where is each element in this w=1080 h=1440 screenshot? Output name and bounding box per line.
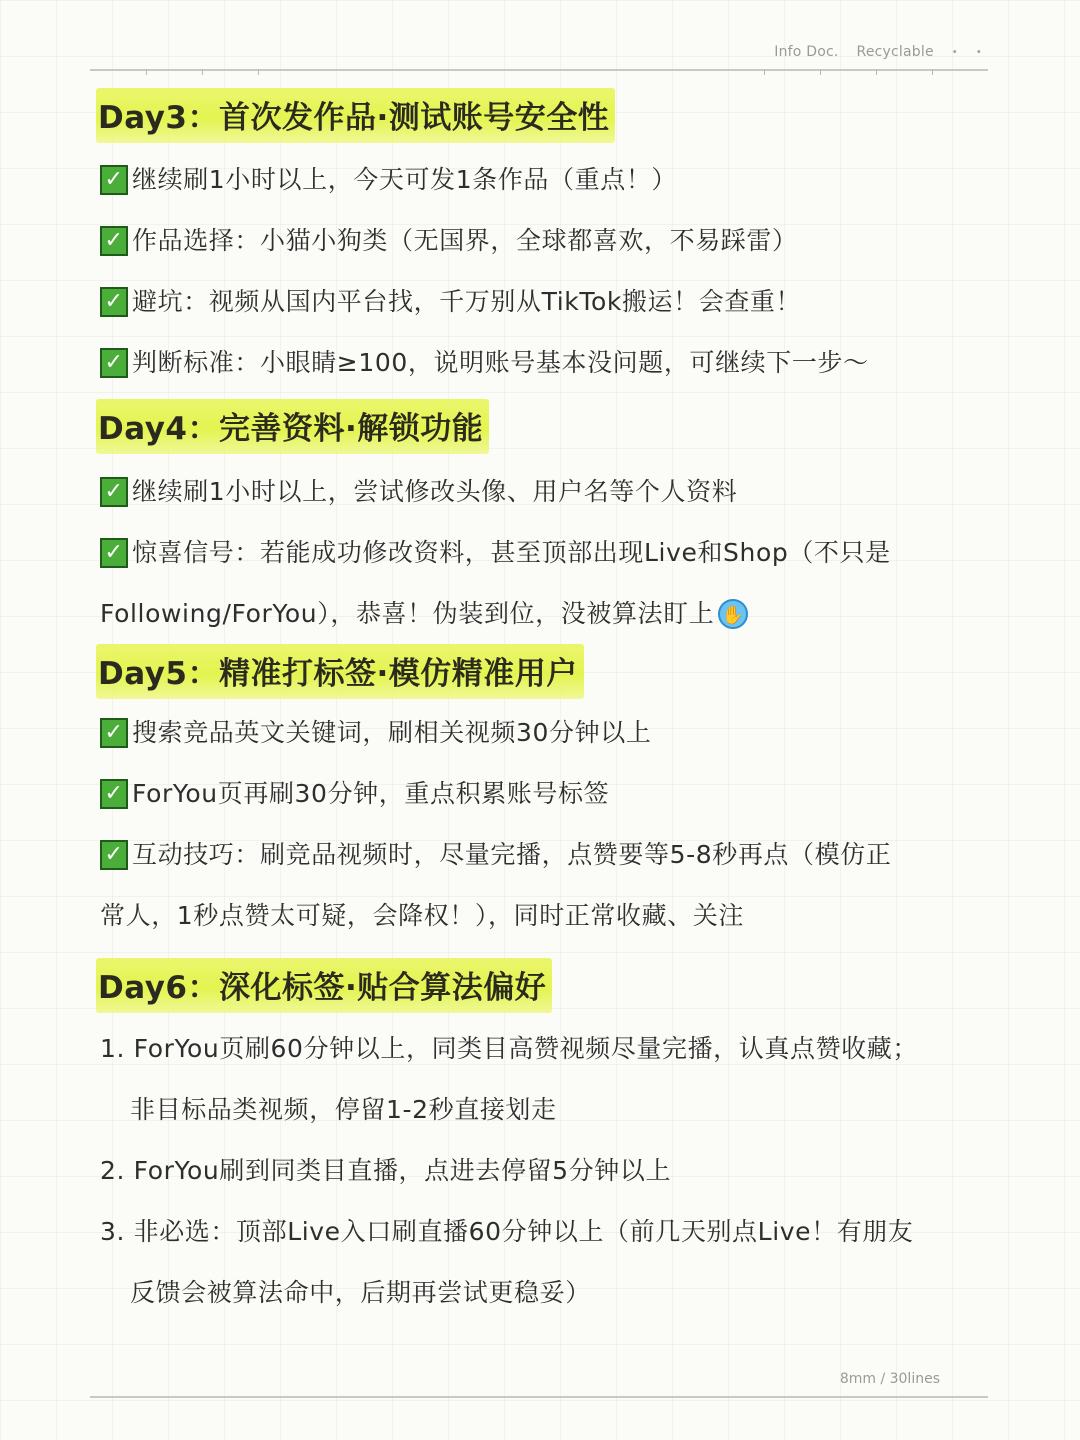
ruler-tick bbox=[820, 69, 821, 75]
item-text: 避坑：视频从国内平台找，千万别从TikTok搬运！会查重！ bbox=[132, 271, 801, 332]
item-text: 互动技巧：刷竞品视频时，尽量完播，点赞要等5-8秒再点（模仿正 bbox=[132, 824, 891, 885]
section-title: Day5：精准打标签·模仿精准用户 bbox=[96, 644, 584, 699]
checklist-item: ✓搜索竞品英文关键词，刷相关视频30分钟以上 bbox=[100, 702, 980, 763]
ruler-tick bbox=[146, 69, 147, 75]
item-text: 1. ForYou页刷60分钟以上，同类目高赞视频尽量完播，认真点赞收藏； bbox=[100, 1018, 918, 1079]
top-rule bbox=[90, 69, 988, 71]
section-day6: Day6：深化标签·贴合算法偏好 bbox=[100, 946, 980, 1018]
info-doc-label: Info Doc. bbox=[774, 44, 838, 60]
clapping-hands-icon: ✋ bbox=[718, 599, 748, 629]
section-day4: Day4：完善资料·解锁功能 bbox=[100, 393, 980, 461]
checkmark-icon: ✓ bbox=[100, 477, 128, 507]
bottom-rule bbox=[90, 1396, 988, 1398]
ruler-tick bbox=[932, 69, 933, 75]
checklist-item: ✓继续刷1小时以上，尝试修改头像、用户名等个人资料 bbox=[100, 461, 980, 522]
checklist-item: ✓互动技巧：刷竞品视频时，尽量完播，点赞要等5-8秒再点（模仿正 bbox=[100, 824, 980, 885]
checkmark-icon: ✓ bbox=[100, 840, 128, 870]
footer-spec: 8mm / 30lines bbox=[840, 1371, 940, 1387]
checklist-item: ✓作品选择：小猫小狗类（无国界，全球都喜欢，不易踩雷） bbox=[100, 210, 980, 271]
section-title: Day6：深化标签·贴合算法偏好 bbox=[96, 958, 552, 1013]
document-body: Day3：首次发作品·测试账号安全性 ✓继续刷1小时以上，今天可发1条作品（重点… bbox=[100, 88, 980, 1323]
item-text: 3. 非必选：顶部Live入口刷直播60分钟以上（前几天别点Live！有朋友 bbox=[100, 1201, 914, 1262]
dot-icon: • bbox=[976, 47, 982, 58]
checkmark-icon: ✓ bbox=[100, 226, 128, 256]
ruler-tick bbox=[202, 69, 203, 75]
section-day3: Day3：首次发作品·测试账号安全性 bbox=[100, 88, 980, 149]
numbered-item: 2. ForYou刷到同类目直播，点进去停留5分钟以上 bbox=[100, 1140, 980, 1201]
item-text: 惊喜信号：若能成功修改资料，甚至顶部出现Live和Shop（不只是 bbox=[132, 522, 891, 583]
section-title: Day4：完善资料·解锁功能 bbox=[96, 399, 489, 454]
checklist-item-continuation: Following/ForYou），恭喜！伪装到位，没被算法盯上✋ bbox=[100, 583, 980, 644]
checkmark-icon: ✓ bbox=[100, 779, 128, 809]
item-text: Following/ForYou），恭喜！伪装到位，没被算法盯上 bbox=[100, 583, 714, 644]
item-text: 非目标品类视频，停留1-2秒直接划走 bbox=[130, 1079, 557, 1140]
checkmark-icon: ✓ bbox=[100, 287, 128, 317]
ruler-tick bbox=[764, 69, 765, 75]
item-text: 继续刷1小时以上，今天可发1条作品（重点！） bbox=[132, 149, 677, 210]
recyclable-label: Recyclable bbox=[857, 44, 934, 60]
checklist-item-continuation: 常人，1秒点赞太可疑，会降权！），同时正常收藏、关注 bbox=[100, 885, 980, 946]
checklist-item: ✓继续刷1小时以上，今天可发1条作品（重点！） bbox=[100, 149, 980, 210]
checklist-item: ✓惊喜信号：若能成功修改资料，甚至顶部出现Live和Shop（不只是 bbox=[100, 522, 980, 583]
numbered-item: 1. ForYou页刷60分钟以上，同类目高赞视频尽量完播，认真点赞收藏； bbox=[100, 1018, 980, 1079]
section-day5: Day5：精准打标签·模仿精准用户 bbox=[100, 644, 980, 702]
item-text: 2. ForYou刷到同类目直播，点进去停留5分钟以上 bbox=[100, 1140, 671, 1201]
item-text: 作品选择：小猫小狗类（无国界，全球都喜欢，不易踩雷） bbox=[132, 210, 798, 271]
item-text: 搜索竞品英文关键词，刷相关视频30分钟以上 bbox=[132, 702, 651, 763]
checkmark-icon: ✓ bbox=[100, 718, 128, 748]
checklist-item: ✓避坑：视频从国内平台找，千万别从TikTok搬运！会查重！ bbox=[100, 271, 980, 332]
header-meta: Info Doc. Recyclable • • bbox=[774, 44, 982, 60]
ruler-tick bbox=[876, 69, 877, 75]
item-text: 判断标准：小眼睛≥100，说明账号基本没问题，可继续下一步～ bbox=[132, 332, 869, 393]
checkmark-icon: ✓ bbox=[100, 348, 128, 378]
checkmark-icon: ✓ bbox=[100, 538, 128, 568]
numbered-item: 3. 非必选：顶部Live入口刷直播60分钟以上（前几天别点Live！有朋友 bbox=[100, 1201, 980, 1262]
ruler-tick bbox=[258, 69, 259, 75]
checklist-item: ✓ForYou页再刷30分钟，重点积累账号标签 bbox=[100, 763, 980, 824]
dot-icon: • bbox=[952, 47, 958, 58]
numbered-item-continuation: 反馈会被算法命中，后期再尝试更稳妥） bbox=[100, 1262, 980, 1323]
section-title: Day3：首次发作品·测试账号安全性 bbox=[96, 88, 615, 143]
item-text: ForYou页再刷30分钟，重点积累账号标签 bbox=[132, 763, 609, 824]
numbered-item-continuation: 非目标品类视频，停留1-2秒直接划走 bbox=[100, 1079, 980, 1140]
item-text: 继续刷1小时以上，尝试修改头像、用户名等个人资料 bbox=[132, 461, 737, 522]
item-text: 反馈会被算法命中，后期再尝试更稳妥） bbox=[130, 1262, 591, 1323]
checklist-item: ✓判断标准：小眼睛≥100，说明账号基本没问题，可继续下一步～ bbox=[100, 332, 980, 393]
item-text: 常人，1秒点赞太可疑，会降权！），同时正常收藏、关注 bbox=[100, 885, 744, 946]
checkmark-icon: ✓ bbox=[100, 165, 128, 195]
